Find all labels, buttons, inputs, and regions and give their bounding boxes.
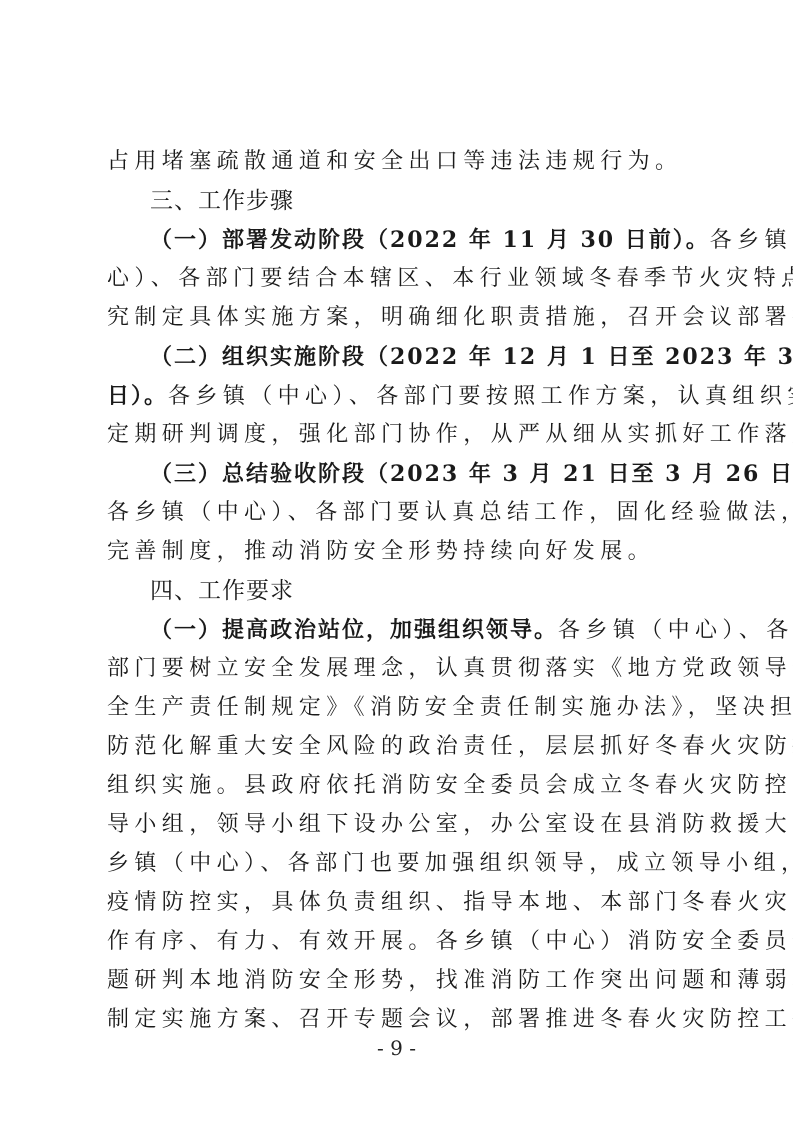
body-line: 各乡镇（中心）、各部门要认真总结工作，固化经验做法，健全 (107, 494, 692, 532)
body-line: 组织实施。县政府依托消防安全委员会成立冬春火灾防控工作领 (107, 767, 692, 805)
bold-lead: （一）部署发动阶段（2022 年 11 月 30 日前）。 (150, 227, 710, 253)
body-line: 题研判本地消防安全形势，找准消防工作突出问题和薄弱环节， (107, 962, 692, 1000)
line-text: 制定实施方案、召开专题会议，部署推进冬春火灾防控工作。同 (107, 1007, 793, 1032)
body-line: 心）、各部门要结合本辖区、本行业领域冬春季节火灾特点，研 (107, 260, 692, 298)
line-text: 题研判本地消防安全形势，找准消防工作突出问题和薄弱环节， (107, 968, 793, 993)
line-text: 疫情防控实，具体负责组织、指导本地、本部门冬春火灾防控工 (107, 890, 793, 915)
heading-text: 三、工作步骤 (150, 188, 294, 214)
bold-lead: （一）提高政治站位，加强组织领导。 (150, 617, 558, 643)
body-line: 乡镇（中心）、各部门也要加强组织领导，成立领导小组，结合 (107, 845, 692, 883)
line-text: 各乡镇（中心）、各 (558, 618, 793, 643)
body-line: 定期研判调度，强化部门协作，从严从细从实抓好工作落实。 (107, 416, 692, 454)
line-text: 究制定具体实施方案，明确细化职责措施，召开会议部署推进。 (107, 305, 793, 330)
body-line: 疫情防控实，具体负责组织、指导本地、本部门冬春火灾防控工 (107, 884, 692, 922)
body-line: 制定实施方案、召开专题会议，部署推进冬春火灾防控工作。同 (107, 1001, 692, 1039)
subsection-3-line: （三）总结验收阶段（2023 年 3 月 21 日至 3 月 26 日）。 (150, 455, 692, 493)
subsection-1-line: （一）部署发动阶段（2022 年 11 月 30 日前）。各乡镇（中 (150, 221, 692, 259)
section-heading-steps: 三、工作步骤 (150, 182, 692, 220)
body-line: 完善制度，推动消防安全形势持续向好发展。 (107, 533, 692, 571)
body-line: 导小组，领导小组下设办公室，办公室设在县消防救援大队。各 (107, 806, 692, 844)
document-page: 占用堵塞疏散通道和安全出口等违法违规行为。 三、工作步骤 （一）部署发动阶段（2… (0, 0, 793, 1122)
section-heading-requirements: 四、工作要求 (150, 572, 692, 610)
line-text: 部门要树立安全发展理念，认真贯彻落实《地方党政领导干部安 (107, 656, 793, 681)
line-text: 完善制度，推动消防安全形势持续向好发展。 (107, 539, 655, 564)
body-line: 部门要树立安全发展理念，认真贯彻落实《地方党政领导干部安 (107, 650, 692, 688)
body-line: 日）。各乡镇（中心）、各部门要按照工作方案，认真组织实施、 (107, 377, 692, 415)
heading-text: 四、工作要求 (150, 578, 294, 604)
line-text: 定期研判调度，强化部门协作，从严从细从实抓好工作落实。 (107, 422, 793, 447)
body-line: 占用堵塞疏散通道和安全出口等违法违规行为。 (107, 143, 692, 181)
body-line: 全生产责任制规定》《消防安全责任制实施办法》，坚决担负起 (107, 689, 692, 727)
bold-lead: （二）组织实施阶段（2022 年 12 月 1 日至 2023 年 3 月 20 (150, 344, 793, 370)
bold-lead: 日）。 (107, 383, 168, 409)
line-text: 心）、各部门要结合本辖区、本行业领域冬春季节火灾特点，研 (107, 266, 793, 291)
page-number: - 9 - (0, 1036, 793, 1060)
line-text: 防范化解重大安全风险的政治责任，层层抓好冬春火灾防控工作 (107, 734, 793, 759)
line-text: 各乡镇（中 (710, 228, 793, 253)
line-text: 乡镇（中心）、各部门也要加强组织领导，成立领导小组，结合 (107, 851, 793, 876)
line-text: 作有序、有力、有效开展。各乡镇（中心）消防安全委员会要专 (107, 929, 793, 954)
line-text: 各乡镇（中心）、各部门要认真总结工作，固化经验做法，健全 (107, 500, 793, 525)
line-text: 全生产责任制规定》《消防安全责任制实施办法》，坚决担负起 (107, 695, 793, 720)
line-text: 组织实施。县政府依托消防安全委员会成立冬春火灾防控工作领 (107, 773, 793, 798)
body-line: 防范化解重大安全风险的政治责任，层层抓好冬春火灾防控工作 (107, 728, 692, 766)
line-text: 各乡镇（中心）、各部门要按照工作方案，认真组织实施、 (168, 384, 793, 409)
subsection-2-line: （二）组织实施阶段（2022 年 12 月 1 日至 2023 年 3 月 20 (150, 338, 692, 376)
body-line: 作有序、有力、有效开展。各乡镇（中心）消防安全委员会要专 (107, 923, 692, 961)
requirement-1-line: （一）提高政治站位，加强组织领导。各乡镇（中心）、各 (150, 611, 692, 649)
line-text: 导小组，领导小组下设办公室，办公室设在县消防救援大队。各 (107, 812, 793, 837)
line-text: 占用堵塞疏散通道和安全出口等违法违规行为。 (107, 149, 682, 174)
bold-lead: （三）总结验收阶段（2023 年 3 月 21 日至 3 月 26 日）。 (150, 461, 793, 487)
body-line: 究制定具体实施方案，明确细化职责措施，召开会议部署推进。 (107, 299, 692, 337)
